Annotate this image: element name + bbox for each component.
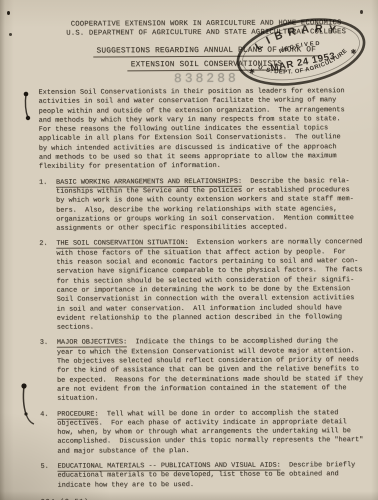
list-item-2: 2.THE SOIL CONSERVATION SITUATION: Exten… xyxy=(39,238,375,333)
item-heading: THE SOIL CONSERVATION SITUATION: xyxy=(56,239,188,249)
list-item-1: 1.BASIC WORKING ARRANGEMENTS AND RELATIO… xyxy=(39,177,375,235)
item-body: MAJOR OBJECTIVES: Indicate the things to… xyxy=(57,337,376,404)
ink-speck xyxy=(9,33,12,36)
ink-speck xyxy=(7,11,10,15)
scanned-document-page: COOPERATIVE EXTENSION WORK IN AGRICULTUR… xyxy=(0,0,378,500)
item-text: Indicate the things to be accomplished d… xyxy=(57,338,363,403)
item-body: THE SOIL CONSERVATION SITUATION: Extensi… xyxy=(56,238,375,333)
item-heading: MAJOR OBJECTIVES: xyxy=(57,339,127,348)
item-text: Tell what will be done in order to accom… xyxy=(57,409,363,456)
stamp-star-left-icon: ✱ xyxy=(248,67,255,76)
item-body: BASIC WORKING ARRANGEMENTS AND RELATIONS… xyxy=(56,177,375,234)
item-number: 5. xyxy=(40,463,48,472)
item-body: PROCEDURE: Tell what will be done in ord… xyxy=(57,409,376,457)
item-body: EDUCATIONAL MATERIALS -- PUBLICATIONS AN… xyxy=(57,461,376,491)
staple-icon xyxy=(18,379,38,429)
list-item-3: 3.MAJOR OBJECTIVES: Indicate the things … xyxy=(40,337,376,404)
item-number: 1. xyxy=(39,178,47,187)
ink-speck xyxy=(360,10,363,14)
item-number: 2. xyxy=(39,240,47,249)
stamp-star-right-icon: ✱ xyxy=(350,48,357,57)
list-item-5: 5.EDUCATIONAL MATERIALS -- PUBLICATIONS … xyxy=(40,461,376,491)
stamp-received-label: RECEIVED xyxy=(278,39,322,55)
item-number: 3. xyxy=(40,339,48,348)
item-heading: PROCEDURE: xyxy=(57,410,98,419)
list-item-4: 4.PROCEDURE: Tell what will be done in o… xyxy=(40,409,376,457)
item-text: Extension workers are normally concerned… xyxy=(56,239,362,332)
staple-icon xyxy=(20,89,34,127)
intro-paragraph: Extension Soil Conservationists in their… xyxy=(38,87,374,172)
item-number: 4. xyxy=(40,410,48,419)
